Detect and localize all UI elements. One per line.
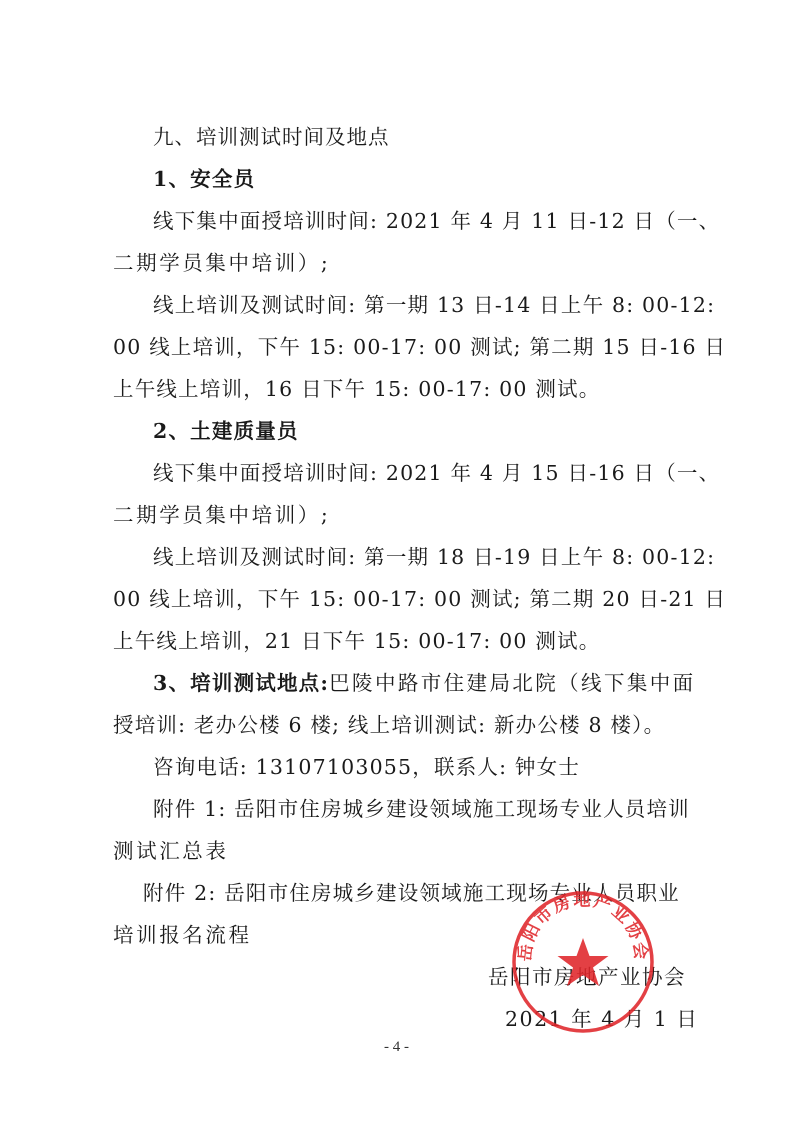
online-training-time-1-cont2: 上午线上培训，16 日下午 15: 00-17: 00 测试。 — [113, 375, 683, 403]
offline-training-time-1-cont: 二期学员集中培训）; — [113, 249, 683, 277]
attachment-1: 附件 1: 岳阳市住房城乡建设领域施工现场专业人员培训 — [153, 795, 683, 823]
online-training-time-1-cont: 00 线上培训，下午 15: 00-17: 00 测试; 第二期 15 日-16… — [113, 333, 683, 361]
offline-training-time-2-cont: 二期学员集中培训）; — [113, 501, 683, 529]
online-training-time-2: 线上培训及测试时间: 第一期 18 日-19 日上午 8: 00-12: — [153, 543, 683, 571]
training-location: 3、培训测试地点:巴陵中路市住建局北院（线下集中面 — [153, 669, 683, 697]
subsection-title-quality-officer: 2、土建质量员 — [153, 417, 683, 445]
signature-date: 2021 年 4 月 1 日 — [505, 1005, 698, 1033]
page-number: - 4 - — [0, 1039, 793, 1056]
offline-training-time-1: 线下集中面授培训时间: 2021 年 4 月 11 日-12 日（一、 — [153, 207, 683, 235]
section-heading: 九、培训测试时间及地点 — [153, 123, 683, 151]
offline-training-time-2: 线下集中面授培训时间: 2021 年 4 月 15 日-16 日（一、 — [153, 459, 683, 487]
attachment-2: 附件 2: 岳阳市住房城乡建设领域施工现场专业人员职业 — [143, 879, 713, 907]
signature-organization: 岳阳市房地产业协会 — [488, 963, 686, 991]
training-location-cont: 授培训: 老办公楼 6 楼; 线上培训测试: 新办公楼 8 楼）。 — [113, 711, 683, 739]
attachment-1-cont: 测试汇总表 — [113, 837, 683, 865]
document-page: 九、培训测试时间及地点 1、安全员 线下集中面授培训时间: 2021 年 4 月… — [0, 0, 793, 1122]
online-training-time-2-cont2: 上午线上培训，21 日下午 15: 00-17: 00 测试。 — [113, 627, 683, 655]
training-location-address: 巴陵中路市住建局北院（线下集中面 — [329, 671, 695, 695]
attachment-2-cont: 培训报名流程 — [113, 921, 683, 949]
subsection-title-safety-officer: 1、安全员 — [153, 165, 683, 193]
online-training-time-1: 线上培训及测试时间: 第一期 13 日-14 日上午 8: 00-12: — [153, 291, 683, 319]
training-location-label: 3、培训测试地点: — [153, 671, 329, 695]
online-training-time-2-cont: 00 线上培训，下午 15: 00-17: 00 测试; 第二期 20 日-21… — [113, 585, 683, 613]
contact-info: 咨询电话: 13107103055，联系人: 钟女士 — [153, 753, 683, 781]
